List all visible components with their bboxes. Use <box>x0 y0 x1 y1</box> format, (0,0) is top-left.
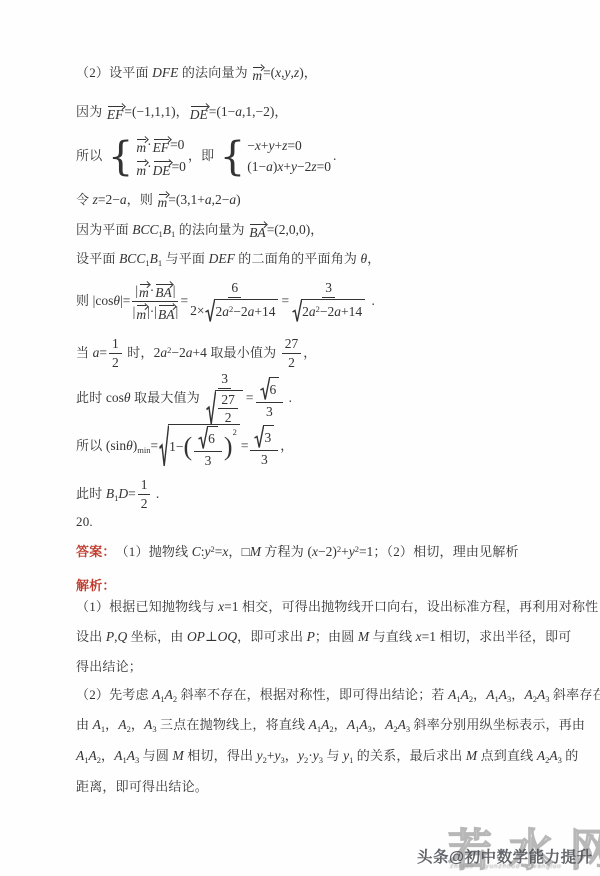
math-text: |cosθ|= <box>93 293 131 310</box>
radicand: 3 <box>263 425 274 449</box>
math-text: EF <box>107 107 124 122</box>
text-run: 得出结论； <box>76 659 142 675</box>
text-run: ， <box>176 104 189 120</box>
text-run: ；由圆 <box>315 629 358 645</box>
fraction-denominator: |m|·|BA| <box>133 302 179 322</box>
math-text: y1 <box>343 748 353 765</box>
fraction-denominator: 2×2a2−2a+14 <box>190 298 279 323</box>
system-row: m·DE=0 <box>135 159 186 178</box>
text-run: 的二面角的平面角为 <box>235 251 361 267</box>
vector-body: m <box>158 196 168 210</box>
text-run: 20. <box>76 514 93 530</box>
answer-line: 答案：（1）抛物线 C:y2=x，□M 方程为 (x−2)2+y2=1；（2）相… <box>76 544 519 561</box>
math-text: · <box>150 283 155 299</box>
dihedral-angle-setup: 设平面 BCC1B1 与平面 DEF 的二面角的平面角为 θ， <box>76 251 380 268</box>
math-text: 1 <box>112 336 119 352</box>
fraction-numerator: 3 <box>218 371 231 389</box>
fraction: 33 <box>250 425 278 468</box>
text-run: ， <box>105 717 118 733</box>
plane-bccb-normal: 因为平面 BCC1B1 的法向量为 BA=(2,0,0)， <box>76 221 324 240</box>
step2-normal-vector: （2）设平面 DFE 的法向量为 m=(x,y,z)， <box>76 64 317 83</box>
analysis-2c: A1A2，A1A3 与圆 M 相切，得出 y2+y3，y2·y3 与 y1 的关… <box>76 748 578 765</box>
system-rows: −x+y+z=0(1−a)x+y−2z=0 <box>247 138 331 176</box>
text-run: ， <box>101 748 114 764</box>
math-text: A2A3 <box>385 717 410 734</box>
math-text: 2a2−2a+4 <box>154 345 207 362</box>
vector-arrow-bar <box>136 136 146 141</box>
math-text: −x+y+z=0 <box>247 138 302 155</box>
text-run: 与圆 <box>139 748 172 764</box>
math-text: M <box>250 544 261 561</box>
text-run: ， <box>367 251 380 267</box>
math-text: 2 <box>141 496 148 512</box>
vector-arrow: BA <box>155 281 172 300</box>
text-run: ，即可求出 <box>237 629 306 645</box>
vector-arrow-bar <box>158 191 168 196</box>
text-run: 因为 <box>76 104 106 120</box>
math-text: z=2−a <box>93 192 127 209</box>
fraction-numerator: 1 <box>138 477 151 495</box>
math-text: A2A3 <box>537 748 562 765</box>
fraction-numerator: 27 <box>218 392 238 410</box>
text-run: 与 <box>323 748 343 764</box>
vector-body: DE <box>190 108 208 122</box>
math-text: |·| <box>147 304 157 320</box>
vector-arrow-bar <box>136 159 146 164</box>
vector-arrow-bar <box>158 303 175 308</box>
math-text: 2a2−2a+14 <box>302 304 362 320</box>
radicand: 2a2−2a+14 <box>214 299 278 323</box>
vector-arrow-bar <box>249 221 266 226</box>
text-run: ，则 <box>127 192 157 208</box>
math-text: 6 <box>208 431 215 447</box>
radical: 2a2−2a+14 <box>292 299 365 323</box>
text-run: 的 <box>562 748 579 764</box>
fraction: 3272 <box>205 371 244 426</box>
text-run: 的关系，最后求出 <box>353 748 466 764</box>
math-text: DFE <box>152 65 178 82</box>
text-run: 相切，求出半径，即可 <box>436 629 571 645</box>
radicand: 6 <box>269 377 280 401</box>
radicand: 1−(63)2 <box>168 424 240 469</box>
math-text: A2A3 <box>524 687 549 704</box>
text-run: 斜率分别用纵坐标表示，再由 <box>410 717 585 733</box>
analysis-1a: （1）根据已知抛物线与 x=1 相交，可得出抛物线开口向右，设出标准方程，再利用… <box>76 599 598 616</box>
radical: 272 <box>206 390 243 426</box>
analysis-2a: （2）先考虑 A1A2 斜率不存在，根据对称性，即可得出结论；若 A1A2，A1… <box>76 687 600 704</box>
system-row: (1−a)x+y−2z=0 <box>247 159 331 176</box>
fraction: 272 <box>282 336 302 370</box>
exponent: 2 <box>233 427 237 438</box>
text-run: 取最小值为 <box>207 345 280 361</box>
vector-body: BA <box>155 286 172 300</box>
math-text: A1A2 <box>152 687 177 704</box>
text-run: 的法向量为 <box>178 65 251 81</box>
math-text: 3 <box>266 404 273 420</box>
text-run: 距离，即可得出结论。 <box>76 779 208 795</box>
vector-body: m <box>139 286 149 300</box>
text-run: ， <box>334 717 347 733</box>
vector-arrow: EF <box>153 136 170 155</box>
fraction-numerator: 1 <box>109 336 122 354</box>
text-run: ，即 <box>188 148 218 164</box>
math-text: M <box>173 748 184 765</box>
math-text: (sinθ)min= <box>106 438 158 455</box>
math-text: 3 <box>205 453 212 469</box>
vector-arrow: BA <box>249 221 266 240</box>
math-text: P <box>307 629 315 646</box>
math-text: = <box>180 293 188 310</box>
section-label: 答案： <box>76 544 116 560</box>
math-text: A1A2 <box>309 717 334 734</box>
text-run: 相交，可得出抛物线开口向右，设出标准方程，再利用对称性 <box>239 599 599 615</box>
math-text: 27 <box>285 336 299 352</box>
text-run: ， <box>511 687 524 703</box>
fraction: 63 <box>194 426 222 469</box>
text-run: 相切，得出 <box>184 748 257 764</box>
vector-body: EF <box>153 141 170 155</box>
math-text: EF <box>153 140 170 155</box>
equation-system: 所以 {m·EF=0m·DE=0，即 {−x+y+z=0(1−a)x+y−2z=… <box>76 136 336 177</box>
math-text: 1− <box>169 439 183 456</box>
vector-arrow-bar <box>190 103 208 108</box>
text-run: ， <box>304 65 317 81</box>
radical: 3 <box>254 425 274 449</box>
math-text: A1A3 <box>114 748 139 765</box>
math-text: . <box>152 486 159 503</box>
math-text: = <box>281 293 289 310</box>
text-run: 三点在抛物线上，将直线 <box>157 717 309 733</box>
math-text: P,Q <box>106 629 127 646</box>
min-value-line: 当 a=12 时，2a2−2a+4 取最小值为 272， <box>76 336 317 370</box>
watermark-subtext: zhidao yunzhoud wangluo <box>450 863 562 870</box>
vector-arrow-bar <box>252 64 262 69</box>
math-text: B1D= <box>106 486 136 503</box>
vector-arrow: m <box>136 159 146 178</box>
text-run: ， <box>285 748 298 764</box>
math-text: y2·y3 <box>298 748 323 765</box>
sin-min-line: 所以 (sinθ)min=1−(63)2=33， <box>76 424 293 469</box>
math-text: 27 <box>221 392 235 408</box>
text-run: ；（2）相切，理由见解析 <box>373 544 518 560</box>
math-text: OP⊥OQ <box>187 629 237 646</box>
math-text: A1A3 <box>347 717 372 734</box>
text-run: 时， <box>124 345 154 361</box>
math-text: . <box>368 293 375 310</box>
fraction-numerator: 27 <box>282 336 302 354</box>
math-text: BCC1B1 <box>119 251 162 268</box>
fraction-denominator: 2 <box>112 354 119 371</box>
fraction: 32a2−2a+14 <box>291 280 366 323</box>
fraction-numerator: 3 <box>250 425 278 451</box>
fraction-denominator: 2 <box>141 495 148 512</box>
fraction: 62×2a2−2a+14 <box>190 280 279 323</box>
analysis-2d: 距离，即可得出结论。 <box>76 779 208 795</box>
math-text: A1A2 <box>448 687 473 704</box>
vector-arrow-bar <box>136 303 146 308</box>
vector-arrow-bar <box>153 159 171 164</box>
analysis-label: 解析： <box>76 578 116 594</box>
text-run: 的法向量为 <box>175 222 248 238</box>
vector-body: m <box>252 69 262 83</box>
vector-arrow: m <box>139 281 149 300</box>
math-text: 2a2−2a+14 <box>215 304 275 320</box>
cos-max-line: 此时 cosθ 取最大值为 3272=63 . <box>76 371 292 426</box>
math-text: 1 <box>141 477 148 493</box>
math-text: . <box>333 148 336 165</box>
text-run: ，□ <box>228 544 249 560</box>
vector-body: BA <box>158 308 175 322</box>
solve-m: 令 z=2−a，则 m=(3,1+a,2−a) <box>76 191 241 210</box>
text-run: 斜率不存在，根据对称性，即可得出结论；若 <box>177 687 448 703</box>
math-text: m <box>139 285 149 300</box>
math-text: A2 <box>118 717 131 734</box>
text-run: ， <box>280 438 293 454</box>
fraction-numerator: 6 <box>228 280 241 298</box>
math-text: 2× <box>190 303 204 319</box>
text-run: ， <box>473 687 486 703</box>
radicand: 272 <box>215 390 243 426</box>
text-run: 斜率存在， <box>549 687 600 703</box>
equation-system: {m·EF=0m·DE=0 <box>108 136 186 177</box>
system-row: m·EF=0 <box>135 136 186 155</box>
fraction: 63 <box>256 377 284 420</box>
math-text: =(−1,1,1) <box>124 104 175 121</box>
radicand: 2a2−2a+14 <box>301 299 365 323</box>
text-run: （2）设平面 <box>76 65 152 81</box>
math-text: =(x,y,z) <box>263 65 304 82</box>
math-text: A3 <box>144 717 157 734</box>
cos-theta-formula: 则 |cosθ|=|m·BA||m|·|BA|=62×2a2−2a+14=32a… <box>76 280 375 323</box>
text-run: ， <box>372 717 385 733</box>
math-text: A1A3 <box>486 687 511 704</box>
math-text: 3 <box>264 430 271 446</box>
math-text: =0 <box>170 137 184 154</box>
vector-arrow: m <box>252 64 262 83</box>
math-text: 6 <box>231 280 238 296</box>
text-run: 当 <box>76 345 93 361</box>
math-text: = <box>246 390 254 407</box>
text-run: ， <box>303 345 316 361</box>
radical: 6 <box>198 426 218 450</box>
vector-arrow: m <box>136 136 146 155</box>
fraction: |m·BA||m|·|BA| <box>132 281 178 321</box>
vectors-ef-de: 因为 EF=(−1,1,1)，DE=(1−a,1,−2)， <box>76 103 288 122</box>
text-run: 与平面 <box>162 251 209 267</box>
analysis-1c: 得出结论； <box>76 659 142 675</box>
math-text: M <box>358 629 369 646</box>
vector-arrow: m <box>158 191 168 210</box>
math-text: (x−2)2+y2=1 <box>307 544 373 561</box>
vector-arrow-bar <box>139 281 149 286</box>
vector-arrow-bar <box>153 136 170 141</box>
text-run: 与直线 <box>369 629 416 645</box>
vector-arrow-bar <box>155 281 172 286</box>
math-text: =(3,1+a,2−a) <box>168 192 240 209</box>
text-run: 此时 <box>76 390 106 406</box>
math-text: x=1 <box>416 629 436 646</box>
fraction: 12 <box>138 477 151 511</box>
math-text: cosθ <box>106 390 131 407</box>
math-text: θ <box>361 251 368 268</box>
text-run: （1）根据已知抛物线与 <box>76 599 218 615</box>
text-run: ， <box>131 717 144 733</box>
radical: 6 <box>260 377 280 401</box>
text-run: 点到直线 <box>477 748 537 764</box>
math-text: =(1−a,1,−2) <box>209 104 275 121</box>
vector-body: BA <box>249 226 266 240</box>
equation-system: {−x+y+z=0(1−a)x+y−2z=0 <box>220 138 331 176</box>
text-run: 坐标，由 <box>127 629 187 645</box>
fraction-denominator: 272 <box>205 389 244 426</box>
analysis-2b: 由 A1，A2，A3 三点在抛物线上，将直线 A1A2，A1A3，A2A3 斜率… <box>76 717 585 734</box>
math-text: BA <box>155 285 172 300</box>
math-text: 6 <box>270 382 277 398</box>
math-text: a= <box>93 345 107 362</box>
math-text: 2 <box>288 355 295 371</box>
math-text: A1A2 <box>76 748 101 765</box>
math-text: | <box>135 283 138 299</box>
b1d-line: 此时 B1D=12 . <box>76 477 159 511</box>
math-text: 3 <box>221 371 228 387</box>
math-text: M <box>466 748 477 765</box>
vector-arrow: BA <box>158 303 175 322</box>
math-text: =0 <box>172 159 186 176</box>
fraction-denominator: 3 <box>266 403 273 420</box>
problem-number: 20. <box>76 514 93 530</box>
math-text: C:y2=x <box>192 544 229 561</box>
text-run: （1）抛物线 <box>116 544 192 560</box>
text-run: 所以 <box>76 438 106 454</box>
fraction-numerator: |m·BA| <box>132 281 178 302</box>
text-run: 设平面 <box>76 251 119 267</box>
radical: 2a2−2a+14 <box>205 299 278 323</box>
vector-arrow: EF <box>107 103 124 122</box>
fraction: 12 <box>109 336 122 370</box>
text-run: 由 <box>76 717 93 733</box>
math-text: DEF <box>209 251 235 268</box>
fraction-numerator: 6 <box>194 426 222 452</box>
math-text: A1 <box>93 717 106 734</box>
text-run: ， <box>310 222 323 238</box>
math-text: | <box>133 304 136 320</box>
math-text: BCC1B1 <box>132 222 175 239</box>
text-run: 则 <box>76 293 93 309</box>
vector-arrow: m <box>136 303 146 322</box>
text-run: ， <box>274 104 287 120</box>
vector-body: m <box>136 141 146 155</box>
fraction-denominator: 3 <box>261 451 268 468</box>
system-rows: m·EF=0m·DE=0 <box>135 136 186 177</box>
text-run: 因为平面 <box>76 222 132 238</box>
vector-body: EF <box>107 108 124 122</box>
radical: 1−(63)2 <box>159 424 240 469</box>
math-text: x=1 <box>218 599 238 616</box>
text-run: 此时 <box>76 486 106 502</box>
analysis-1b: 设出 P,Q 坐标，由 OP⊥OQ，即可求出 P；由圆 M 与直线 x=1 相切… <box>76 629 572 646</box>
document-page: （2）设平面 DFE 的法向量为 m=(x,y,z)，因为 EF=(−1,1,1… <box>0 0 600 876</box>
text-run: 取最大值为 <box>131 390 204 406</box>
vector-arrow-bar <box>107 103 124 108</box>
math-text: 3 <box>261 452 268 468</box>
fraction-denominator: 2a2−2a+14 <box>291 298 366 323</box>
math-text: 2 <box>112 355 119 371</box>
section-label: 解析： <box>76 578 116 594</box>
text-run: （2）先考虑 <box>76 687 152 703</box>
vector-arrow: DE <box>153 159 171 178</box>
radicand: 6 <box>207 426 218 450</box>
text-run: 方程为 <box>261 544 308 560</box>
text-run: 设出 <box>76 629 106 645</box>
math-text: = <box>241 438 249 455</box>
fraction: 272 <box>218 392 238 426</box>
system-row: −x+y+z=0 <box>247 138 331 155</box>
math-text: (1−a)x+y−2z=0 <box>247 159 331 176</box>
vector-arrow: DE <box>190 103 208 122</box>
text-run: 所以 <box>76 148 106 164</box>
text-run: 令 <box>76 192 93 208</box>
fraction-numerator: 3 <box>322 280 335 298</box>
math-text: y2+y3 <box>257 748 285 765</box>
math-text: =(2,0,0) <box>267 222 311 239</box>
fraction-denominator: 3 <box>205 452 212 469</box>
math-text: . <box>285 390 292 407</box>
vector-body: DE <box>153 164 171 178</box>
math-text: | <box>173 283 176 299</box>
math-text: 3 <box>325 280 332 296</box>
fraction-numerator: 6 <box>256 377 284 403</box>
fraction-denominator: 2 <box>288 354 295 371</box>
